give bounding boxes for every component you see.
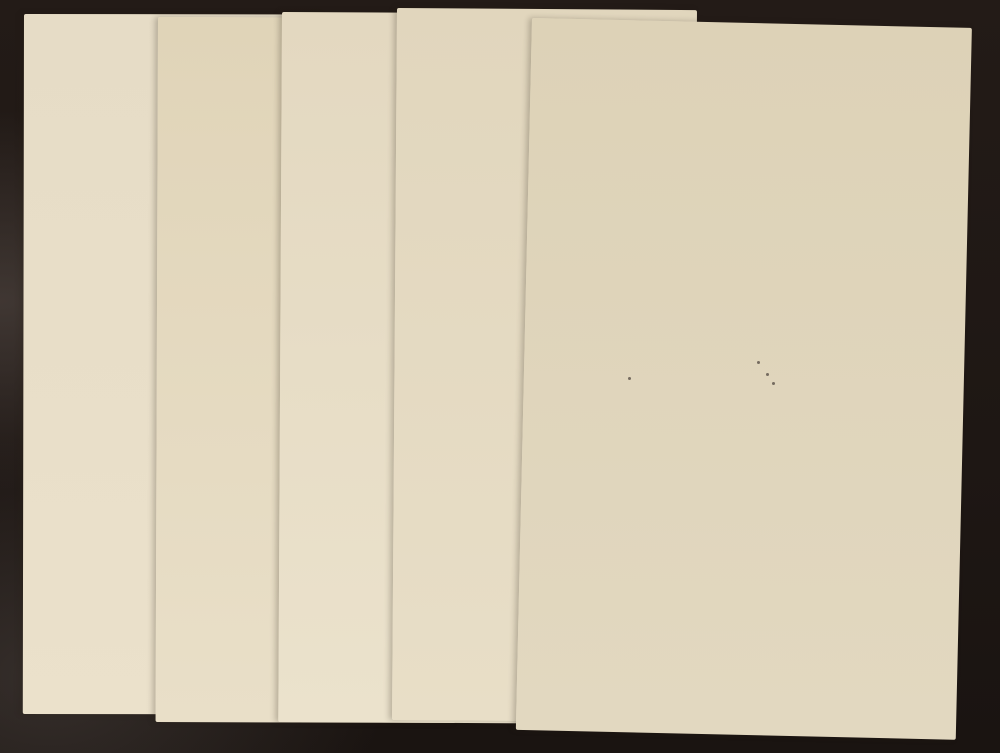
paper-speck — [757, 361, 760, 364]
paper-speck — [772, 382, 775, 385]
paper-speck — [766, 373, 769, 376]
paper-sheet-5 — [516, 18, 972, 740]
paper-speck — [628, 377, 631, 380]
